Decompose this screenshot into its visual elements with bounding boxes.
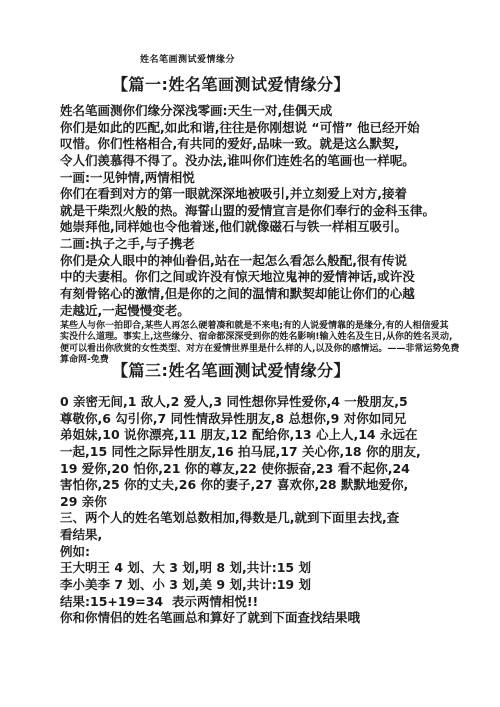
- text-line: 结果:15+19=34 表示两情相悦!!: [60, 594, 421, 611]
- section-three-body: 0 亲密无间,1 敌人,2 爱人,3 同性想你异性爱你,4 一般朋友,5 尊敬你…: [60, 394, 421, 627]
- text-line: 29 亲你: [60, 494, 421, 511]
- text-line: 走越近,一起慢慢变老。: [60, 303, 435, 320]
- text-line: 王大明王 4 划、大 3 划,明 8 划,共计:15 划: [60, 560, 421, 577]
- section-one-body: 姓名笔画测你们缘分深浅零画:天生一对,佳偶天成 你们是如此的匹配,如此和谐,往往…: [60, 103, 435, 319]
- note-line: 实没什么道理。事实上,这些缘分、宿命都深深受到你的姓名影响!输入姓名及生日,从你…: [60, 332, 459, 343]
- text-line: 例如:: [60, 544, 421, 561]
- text-line: 你们在看到对方的第一眼就深深地被吸引,并立刻爱上对方,接着: [60, 186, 435, 203]
- text-line: 你和你情侣的姓名笔画总和算好了就到下面查找结果哦: [60, 610, 421, 627]
- text-line: 弟姐妹,10 说你漂亮,11 朋友,12 配给你,13 心上人,14 永远在: [60, 427, 421, 444]
- text-line: 她崇拜他,同样她也令他着迷,他们就像磁石与铁一样相互吸引。: [60, 219, 435, 236]
- text-line: 二画:执子之手,与子携老: [60, 236, 435, 253]
- text-line: 令人们羡慕得不得了。没办法,谁叫你们连姓名的笔画也一样呢。: [60, 153, 435, 170]
- text-line: 0 亲密无间,1 敌人,2 爱人,3 同性想你异性爱你,4 一般朋友,5: [60, 394, 421, 411]
- text-line: 害怕你,25 你的丈夫,26 你的妻子,27 喜欢你,28 默默地爱你,: [60, 477, 421, 494]
- text-line: 你们是众人眼中的神仙眷侣,站在一起怎么看怎么般配,很有传说: [60, 253, 435, 270]
- text-line: 中的夫妻相。你们之间或许没有惊天地泣鬼神的爱情神话,或许没: [60, 269, 435, 286]
- text-line: 看结果,: [60, 527, 421, 544]
- text-line: 三、两个人的姓名笔划总数相加,得数是几,就到下面里去找,查: [60, 510, 421, 527]
- text-line: 叹惜。你们性格相合,有共同的爱好,品味一致。就是这么默契,: [60, 136, 435, 153]
- text-line: 一画:一见钟情,两情相悦: [60, 170, 435, 187]
- section-three-title: 【篇三:姓名笔画测试爱情缘分】: [0, 358, 462, 381]
- text-line: 李小美李 7 划、小 3 划,美 9 划,共计:19 划: [60, 577, 421, 594]
- text-line: 你们是如此的匹配,如此和谐,往往是你刚想说 “可惜” 他已经开始: [60, 120, 435, 137]
- text-line: 尊敬你,6 勾引你,7 同性情敌异性朋友,8 总想你,9 对你如同兄: [60, 411, 421, 428]
- section-one-title: 【篇一:姓名笔画测试爱情缘分】: [0, 72, 462, 95]
- document-page: 姓名笔画测试爱情缘分 【篇一:姓名笔画测试爱情缘分】 姓名笔画测你们缘分深浅零画…: [0, 0, 500, 707]
- text-line: 一起,15 同性之际异性朋友,16 拍马屁,17 关心你,18 你的朋友,: [60, 444, 421, 461]
- doc-header: 姓名笔画测试爱情缘分: [140, 52, 235, 65]
- text-line: 19 爱你,20 怕你,21 你的尊友,22 使你振奋,23 看不起你,24: [60, 461, 421, 478]
- text-line: 有刻骨铭心的激情,但是你的之间的温情和默契却能让你们的心越: [60, 286, 435, 303]
- text-line: 就是干柴烈火般的热。海誓山盟的爱情宣言是你们奉行的金科玉律。: [60, 203, 435, 220]
- note-line: 某些人与你一拍即合,某些人再怎么硬着凑和就是不来电;有的人说爱情靠的是缘分,有的…: [60, 321, 459, 332]
- note-line: 便可以看出你欣赏的女性类型、对方在爱情世界里是什么样的人,以及你的感情运。——非…: [60, 344, 459, 355]
- text-line: 姓名笔画测你们缘分深浅零画:天生一对,佳偶天成: [60, 103, 435, 120]
